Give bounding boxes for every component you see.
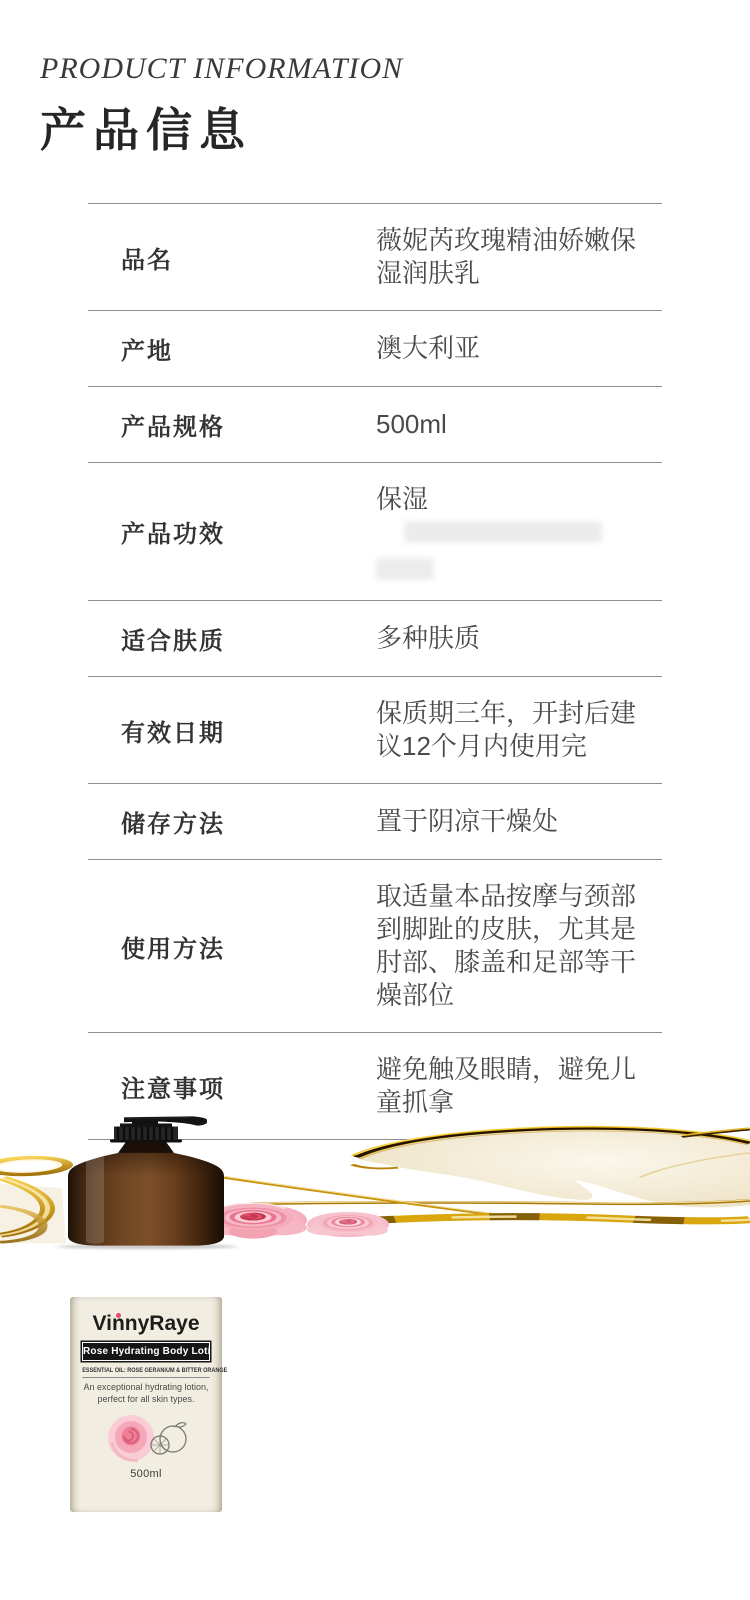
faded-text — [404, 521, 602, 543]
spec-row: 储存方法 置于阴凉干燥处 — [88, 783, 662, 859]
product-name-band: Rose Hydrating Body Lotion — [83, 1343, 209, 1360]
spec-value: 保湿 — [376, 483, 642, 580]
orange-illustration-icon — [148, 1419, 188, 1457]
brand-text: VinnyRaye — [93, 1312, 200, 1335]
spec-label: 使用方法 — [88, 929, 376, 964]
bottle — [57, 1116, 237, 1249]
spec-row: 适合肤质 多种肤质 — [88, 600, 662, 676]
left-oil-ribbons — [0, 1155, 73, 1243]
spec-label: 有效日期 — [88, 713, 376, 748]
spec-row: 产品规格 500ml — [88, 386, 662, 462]
bottle-neck — [118, 1142, 174, 1153]
spec-label: 产地 — [88, 331, 376, 366]
tagline-line2: perfect for all skin types. — [70, 1394, 222, 1406]
spec-label: 产品规格 — [88, 407, 376, 442]
faded-text — [376, 558, 434, 580]
spec-value-text: 保湿 — [376, 484, 428, 514]
brand-flower-dot-icon — [116, 1313, 121, 1318]
product-information-page: PRODUCT INFORMATION 产品信息 品名 薇妮芮玫瑰精油娇嫩保湿润… — [0, 0, 750, 1600]
label-illustrations — [70, 1412, 222, 1464]
rose-right — [307, 1212, 389, 1237]
spec-value: 置于阴凉干燥处 — [376, 805, 642, 838]
spec-table: 品名 薇妮芮玫瑰精油娇嫩保湿润肤乳 产地 澳大利亚 产品规格 500ml 产品功… — [88, 203, 662, 1140]
bottle-label: VinnyRaye Rose Hydrating Body Lotion ESS… — [70, 1297, 222, 1512]
page-title-en: PRODUCT INFORMATION — [40, 52, 403, 86]
spec-label: 注意事项 — [88, 1069, 376, 1104]
spec-label: 品名 — [88, 240, 376, 275]
spec-row: 有效日期 保质期三年，开封后建议12个月内使用完 — [88, 676, 662, 783]
spec-value: 500ml — [376, 408, 642, 441]
page-title-zh: 产品信息 — [40, 94, 403, 160]
spec-label: 适合肤质 — [88, 621, 376, 656]
spec-row: 使用方法 取适量本品按摩与颈部到脚趾的皮肤，尤其是肘部、膝盖和足部等干燥部位 — [88, 859, 662, 1032]
spec-row: 产品功效 保湿 — [88, 462, 662, 600]
tagline: An exceptional hydrating lotion, perfect… — [70, 1382, 222, 1405]
spec-value: 取适量本品按摩与颈部到脚趾的皮肤，尤其是肘部、膝盖和足部等干燥部位 — [376, 880, 642, 1012]
spec-value: 多种肤质 — [376, 622, 642, 655]
spec-row: 产地 澳大利亚 — [88, 310, 662, 386]
spec-row: 品名 薇妮芮玫瑰精油娇嫩保湿润肤乳 — [88, 203, 662, 310]
page-header: PRODUCT INFORMATION 产品信息 — [40, 52, 403, 160]
essential-oil-line: ESSENTIAL OIL: ROSE GERANIUM & BITTER OR… — [82, 1367, 210, 1378]
oil-splash — [352, 1126, 750, 1207]
spec-label: 产品功效 — [88, 514, 376, 549]
product-photo: VinnyRaye Rose Hydrating Body Lotion ESS… — [0, 1110, 750, 1600]
spec-value: 澳大利亚 — [376, 332, 642, 365]
volume-label: 500ml — [70, 1468, 222, 1480]
spec-value: 薇妮芮玫瑰精油娇嫩保湿润肤乳 — [376, 224, 642, 290]
spec-value: 保质期三年，开封后建议12个月内使用完 — [376, 697, 642, 763]
tagline-line1: An exceptional hydrating lotion, — [70, 1382, 222, 1394]
brand-logo: VinnyRaye — [70, 1312, 222, 1336]
spec-label: 储存方法 — [88, 804, 376, 839]
